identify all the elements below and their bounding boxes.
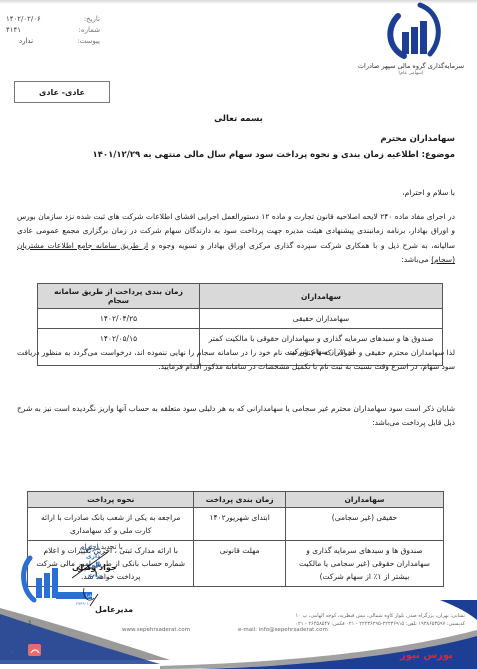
letter-meta-labels: تاریخ: شماره: پیوست: bbox=[72, 14, 100, 47]
column-header-shareholders: سهامداران bbox=[285, 492, 443, 508]
number-value: ۴۱۴۱ bbox=[6, 25, 56, 36]
paragraph-registration: لذا سهامداران محترم حقیقی و حقوقی که تا … bbox=[17, 346, 455, 375]
payment-time: مهلت قانونی bbox=[194, 541, 286, 587]
company-name: سرمایه‌گذاری گروه مالی سپهر صادرات bbox=[350, 62, 472, 70]
address-line: نشانی: تهران، بزرگراه صدر، بلوار کاوه شم… bbox=[185, 612, 465, 620]
classification-box: عادی- عادی bbox=[14, 81, 110, 103]
paragraph-intro-end: می‌باشد: bbox=[401, 255, 431, 264]
date-label: تاریخ: bbox=[72, 14, 100, 25]
greeting: با سلام و احترام، bbox=[402, 188, 455, 197]
table-row: سهامداران حقیقی ۱۴۰۲/۰۴/۲۵ bbox=[38, 309, 443, 329]
attachment-value: ندارد bbox=[6, 36, 46, 47]
letter-meta-values: ۱۴۰۲/۰۲/۰۶ ۴۱۴۱ ندارد bbox=[6, 14, 56, 47]
column-header-method: نحوه پرداخت bbox=[28, 492, 194, 508]
email-link[interactable]: e-mail: info@sepehrsaderat.com bbox=[238, 627, 328, 633]
subject-line: موضوع: اطلاعیه زمان بندی و نحوه پرداخت س… bbox=[93, 150, 456, 160]
payment-time: ابتدای شهریور۱۴۰۲ bbox=[194, 508, 286, 541]
table-header-row: سهامداران زمان بندی پرداخت از طریق سامان… bbox=[38, 284, 443, 309]
shareholder-type: صندوق ها و سبدهای سرمایه گذاری و سهامدار… bbox=[285, 541, 443, 587]
company-type: (سهامی عام) bbox=[350, 71, 472, 76]
payment-method: مراجعه به یکی از شعب بانک صادرات با ارائ… bbox=[28, 508, 194, 541]
bismillah-heading: بسمه تعالی bbox=[0, 114, 477, 124]
payment-date: ۱۴۰۲/۰۴/۲۵ bbox=[38, 309, 200, 329]
attachment-label: پیوست: bbox=[72, 36, 100, 47]
company-logo-icon bbox=[384, 2, 444, 62]
paragraph-intro: در اجرای مفاد ماده ۲۴۰ لایحه اصلاحیه قان… bbox=[17, 210, 455, 267]
signature-icon bbox=[68, 548, 118, 608]
table-header-row: سهامداران زمان بندی پرداخت نحوه پرداخت bbox=[28, 492, 444, 508]
watermark-bourse-news: بورس نیوز bbox=[400, 650, 453, 661]
footer-address: نشانی: تهران، بزرگراه صدر، بلوار کاوه شم… bbox=[185, 612, 465, 628]
table-row: حقیقی (غیر سجامی) ابتدای شهریور۱۴۰۲ مراج… bbox=[28, 508, 444, 541]
addressee: سهامداران محترم bbox=[380, 134, 455, 144]
column-header-schedule: زمان بندی پرداخت از طریق سامانه سجام bbox=[38, 284, 200, 309]
news-agency-logo-icon: خبر bbox=[12, 643, 42, 657]
shareholder-type: حقیقی (غیر سجامی) bbox=[285, 508, 443, 541]
column-header-shareholders: سهامداران bbox=[200, 284, 443, 309]
svg-text:خبر: خبر bbox=[12, 648, 13, 655]
date-value: ۱۴۰۲/۰۲/۰۶ bbox=[6, 14, 56, 25]
number-label: شماره: bbox=[72, 25, 100, 36]
website-link[interactable]: www.sepehrsaderat.com bbox=[122, 627, 190, 633]
shareholder-type: سهامداران حقیقی bbox=[200, 309, 443, 329]
page-number: 1 bbox=[28, 620, 32, 627]
column-header-schedule: زمان بندی پرداخت bbox=[194, 492, 286, 508]
paragraph-non-sejam: شایان ذکر است سود سهامداران محترم غیر سج… bbox=[17, 402, 455, 431]
